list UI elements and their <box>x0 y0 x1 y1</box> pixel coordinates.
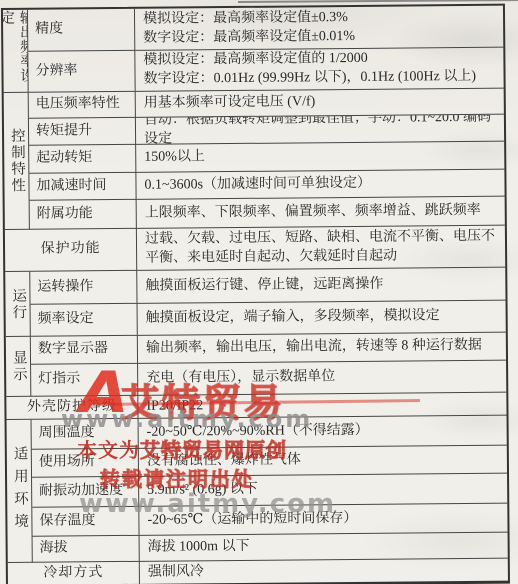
spec-value-vibration-resistance: 5.9m/s² (0.6g) 以下 <box>139 474 507 507</box>
spec-item-protection-functions: 保护功能 <box>5 229 137 272</box>
spec-value-accuracy: 模拟设定：最高频率设定值±0.3% 数字设定：最高频率设定值±0.01% <box>135 6 503 51</box>
spec-value-run-operation: 触摸面板运行键、停止键，远距离操作 <box>137 268 505 304</box>
spec-item-usage-location: 使用场所 <box>32 449 139 478</box>
spec-value-accel-decel-time: 0.1~3600s（加减速时间可单独设定） <box>136 170 504 200</box>
spec-value-storage-temperature: -20~65℃（运输中的短时间保存） <box>139 504 507 536</box>
spec-item-vibration-resistance: 耐振动加速度 <box>32 477 139 508</box>
spec-item-resolution: 分辨率 <box>28 51 135 93</box>
spec-value-torque-boost: 自动：根据负载转矩调整到最佳值；手动：0.1~20.0 编码设定 <box>136 115 504 145</box>
group-label-environment: 适用环境 <box>7 420 33 563</box>
spec-item-altitude: 海拔 <box>33 536 140 563</box>
spec-value-starting-torque: 150%以上 <box>136 142 504 173</box>
spec-value-protection-functions: 过载、欠载、过电压、短路、缺相、电流不平衡、电压不平衡、来电延时自起动、欠载延时… <box>137 226 505 271</box>
spec-item-cooling-method: 冷却方式 <box>8 562 140 584</box>
spec-item-starting-torque: 起动转矩 <box>29 145 136 174</box>
spec-item-enclosure-rating: 外壳防护等级 <box>6 396 138 420</box>
spec-item-auxiliary-functions: 附属功能 <box>30 200 137 230</box>
inverter-spec-table: 输出频率设定 控制特性 运行 显示 适用环境 精度 模拟设定：最高频率设定值±0… <box>1 4 510 584</box>
group-label-control-characteristics: 控制特性 <box>4 93 30 230</box>
spec-item-lamp-indication: 灯指示 <box>31 364 138 397</box>
group-label-display: 显示 <box>6 337 32 397</box>
scanned-spec-page: { "document": { "groups": { "g1": "输出频率设… <box>0 0 518 584</box>
spec-item-vf-characteristic: 电压频率特性 <box>29 92 136 119</box>
spec-value-enclosure-rating: IP20/IP22 <box>138 393 506 419</box>
group-label-output-frequency-setting: 输出频率设定 <box>3 10 29 93</box>
spec-value-lamp-indication: 充电（有电压），显示数据单位 <box>138 361 506 396</box>
spec-value-vf-characteristic: 用基本频率可设定电压 (V/f) <box>136 89 504 118</box>
spec-item-accuracy: 精度 <box>28 9 135 52</box>
spec-item-storage-temperature: 保存温度 <box>32 507 139 537</box>
page-edge-artifact <box>238 0 518 3</box>
spec-value-digital-display: 输出频率，输出电压，输出电流，转速等 8 种运行数据 <box>138 333 506 364</box>
spec-value-cooling-method: 强制风冷 <box>140 559 508 584</box>
spec-value-usage-location: 没有腐蚀性、爆炸性气体 <box>139 446 507 477</box>
spec-item-ambient-temperature: 周围温度 <box>32 419 139 450</box>
spec-item-torque-boost: 转矩提升 <box>29 118 136 146</box>
spec-value-auxiliary-functions: 上限频率、下限频率、偏置频率、频率增益、跳跃频率 <box>137 197 505 229</box>
spec-value-altitude: 海拔 1000m 以下 <box>140 533 508 562</box>
spec-item-run-operation: 运转操作 <box>30 271 137 305</box>
spec-item-accel-decel-time: 加减速时间 <box>29 173 136 201</box>
spec-value-ambient-temperature: -20~50℃/20%~90%RH（不得结露） <box>139 416 507 449</box>
spec-value-resolution: 模拟设定：最高频率设定值的 1/2000 数字设定：0.01Hz (99.99H… <box>135 48 503 92</box>
group-label-operation: 运行 <box>5 272 31 337</box>
spec-value-frequency-setting: 触摸面板设定，端子输入，多段频率，模拟设定 <box>138 301 506 336</box>
spec-item-frequency-setting: 频率设定 <box>31 304 138 337</box>
spec-item-digital-display: 数字显示器 <box>31 336 138 365</box>
